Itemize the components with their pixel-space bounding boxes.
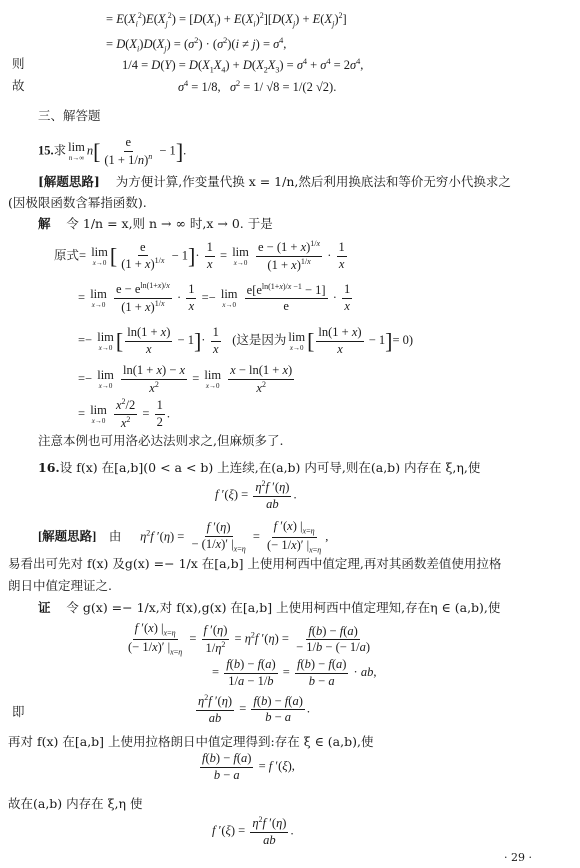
q16-lagrange-text: 再对 f(x) 在[a,b] 上使用拉格朗日中值定理得到:存在 ξ ∈ (a,b… — [8, 736, 373, 749]
gu-label: 故 — [12, 80, 25, 93]
q15-hint-text: 为方便计算,作变量代换 x = 1/n,然后利用换底法和等价无穷小代换求之 — [116, 174, 511, 189]
q15-step-4: =− limx→0 ln(1 + x) − xx2 = limx→0 x − l… — [78, 364, 296, 396]
top-eq-line-3: 1/4 = D(Y) = D(X1X4) + D(X2X3) = σ4 + σ4… — [122, 58, 363, 75]
section-title: 三、解答题 — [38, 110, 101, 123]
q15-step-3: =− limx→0[ln(1 + x)x − 1]· 1x (这是因为limx→… — [78, 326, 413, 357]
q16-number: 16. — [38, 460, 60, 475]
q15-solution-intro: 解 令 1/n = x,则 n → ∞ 时,x → 0. 于是 — [38, 218, 273, 231]
q16-final-formula: f ′(ξ) = η2f ′(η)ab. — [212, 816, 294, 848]
q15-prompt: 求 — [54, 144, 67, 158]
q15-step-1: 原式= limx→0[e(1 + x)1/x − 1]· 1x = limx→0… — [54, 240, 349, 273]
q15-step-2: = limx→0 e − eln(1+x)/x(1 + x)1/x · 1x =… — [78, 282, 354, 315]
q16-proof-eq-1: f ′(x) |x=η(− 1/x)′ |x=η = f ′(η)1/η2 = … — [124, 622, 374, 658]
q16-statement: 16.设 f(x) 在[a,b](0 < a < b) 上连续,在(a,b) 内… — [38, 462, 480, 475]
q15-hint: [解题思路] 为方便计算,作变量代换 x = 1/n,然后利用换底法和等价无穷小… — [38, 176, 511, 189]
ji-label: 即 — [12, 706, 25, 719]
q16-statement-text: 设 f(x) 在[a,b](0 < a < b) 上连续,在(a,b) 内可导,… — [60, 460, 481, 475]
ze-label: 则 — [12, 58, 25, 71]
q16-proof-eq-2: = f(b) − f(a)1/a − 1/b = f(b) − f(a)b − … — [212, 658, 376, 689]
yuanshi-label: 原式 — [54, 248, 79, 262]
q15-hint-label: [解题思路] — [38, 174, 100, 189]
page-number: · 29 · — [504, 852, 532, 863]
q16-hint-text-1: 易看出可先对 f(x) 及g(x) =− 1/x 在[a,b] 上使用柯西中值定… — [8, 558, 501, 571]
q16-proof-eq-4: f(b) − f(a)b − a = f ′(ξ), — [198, 752, 295, 783]
q16-proof-eq-3: η2f ′(η)ab = f(b) − f(a)b − a. — [194, 694, 310, 726]
q15-sol-label: 解 — [38, 216, 51, 231]
q16-hint-you: 由 — [109, 530, 122, 544]
q16-conclusion-text: 故在(a,b) 内存在 ξ,η 使 — [8, 798, 142, 811]
q16-formula: f ′(ξ) = η2f ′(η)ab. — [215, 480, 297, 512]
q16-proof-text: 令 g(x) =− 1/x,对 f(x),g(x) 在[a,b] 上使用柯西中值… — [66, 600, 500, 615]
q15-number: 15. — [38, 144, 54, 158]
q16-proof-label: 证 — [38, 600, 51, 615]
q15-note: 注意本例也可用洛必达法则求之,但麻烦多了. — [38, 435, 283, 448]
q16-hint: [解题思路] 由 η2f ′(η) = f ′(η)− (1/x)′ |x=η … — [38, 520, 328, 556]
q16-hint-text-2: 朗日中值定理证之. — [8, 580, 112, 593]
top-eq-line-2: = D(Xi)D(Xj) = (σ2) · (σ2)(i ≠ j) = σ4, — [106, 37, 286, 54]
q15-hint-cont: (因极限函数含幂指函数). — [8, 197, 147, 210]
top-eq-line-1: = E(Xi2)E(Xj2) = [D(Xi) + E(Xi)2][D(Xj) … — [106, 12, 347, 29]
top-eq-line-4: σ4 = 1/8, σ2 = 1/ √8 = 1/(2 √2). — [178, 80, 336, 94]
reason-text: (这是因为 — [232, 333, 286, 347]
q16-proof-intro: 证 令 g(x) =− 1/x,对 f(x),g(x) 在[a,b] 上使用柯西… — [38, 602, 500, 615]
q15-sol-intro-text: 令 1/n = x,则 n → ∞ 时,x → 0. 于是 — [66, 216, 272, 231]
q15-statement: 15.求limn→∞n[e(1 + 1/n)n − 1]. — [38, 136, 186, 168]
q15-step-5: = limx→0 x2/2x2 = 12. — [78, 398, 170, 431]
q16-hint-label: [解题思路] — [38, 530, 96, 544]
